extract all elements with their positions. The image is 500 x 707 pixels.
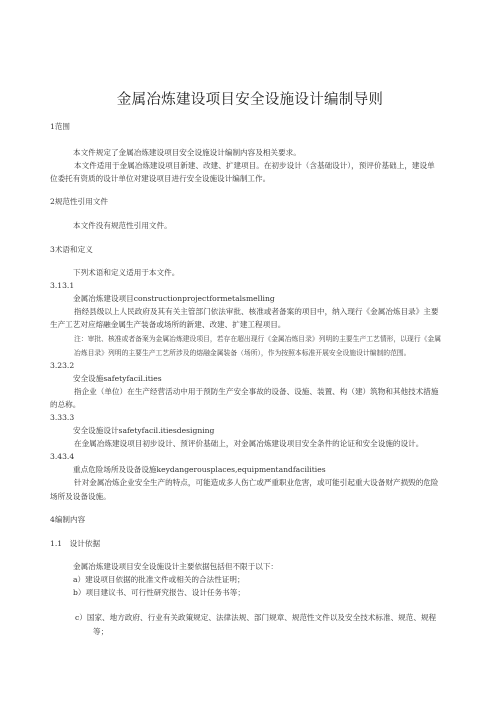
document-title: 金属冶炼建设项目安全设施设计编制导则 [0,88,500,109]
text-line-p1b: 本文件适用于金属冶炼建设项目新建、改建、扩建项目。在初步设计（含基础设计），预评… [74,161,435,171]
text-line-lb: b）项目建议书、可行性研究报告、设计任务书等； [73,588,245,598]
text-line-d31b: 生产工艺对应熔融金属生产装备或场所的新建、改建、扩建工程项目。 [50,320,285,330]
text-line-t33: 安全设施设计safetyfacil.itiesdesigning [73,426,214,436]
text-line-n33: 3.33.3 [50,413,74,423]
text-line-note1: 注：审批、核准或者备案为金属冶炼建设项目，若存在超出现行《金属冶炼目录》列明的主… [74,334,441,344]
text-line-t34: 重点危险场所及设备设施keydangerousplaces,equipmenta… [73,465,326,475]
text-line-n34: 3.43.4 [50,452,74,462]
text-line-la: a）建设项目依据的批准文件或相关的合法性证明； [73,575,245,585]
text-line-lc2: 等； [93,627,108,637]
text-line-d31a: 指经县级以上人民政府及其有关主管部门依法审批、核准或者备案的项目中，纳入现行《金… [74,307,439,317]
text-line-d33: 在金属冶炼建设项目初步设计、预评价基础上，对金属冶炼建设项目安全条件的论证和安全… [74,439,423,449]
text-line-p41: 金属冶炼建设项目安全设施设计主要依据包括但不限于以下： [73,562,278,572]
text-line-s1: 1范围 [50,122,70,132]
text-line-t31: 金属冶炼建设项目constructionprojectformetalsmell… [73,294,275,304]
text-line-lc1: c）国家、地方政府、行业有关政策规定、法律法规、部门规章、规范性文件以及安全技术… [75,613,436,623]
text-line-d32a: 指企业（单位）在生产经营活动中用于预防生产安全事故的设备、设施、装置、构（建）筑… [74,387,439,397]
text-line-s3: 3术语和定义 [50,245,93,255]
text-line-p2: 本文件没有规范性引用文件。 [73,221,172,231]
text-line-d34a: 针对金属冶炼企业安全生产的特点，可能造成多人伤亡或严重职业危害，或可能引起重大设… [74,478,439,488]
text-line-note2: 冶炼目录》列明的主要生产工艺所涉及的熔融金属装备（场所），作为按照本标准开展安全… [74,348,410,358]
text-line-p1a: 本文件规定了金属冶炼建设项目安全设施设计编制内容及相关要求。 [73,148,301,158]
text-line-s41: 1.1 设计依据 [50,539,100,549]
text-line-n32: 3.23.2 [50,361,74,371]
text-line-d32b: 的总称。 [50,400,80,410]
text-line-s4: 4编制内容 [50,515,85,525]
text-line-p1c: 位委托有资质的设计单位对建设项目进行安全设施设计编制工作。 [50,174,270,184]
text-line-d34b: 场所及设备设施。 [50,492,111,502]
text-line-t32: 安全设施safetyfacil.ities [73,374,162,384]
text-line-p3: 下列术语和定义适用于本文件。 [73,268,179,278]
text-line-n31: 3.13.1 [50,281,74,291]
text-line-s2: 2规范性引用文件 [50,197,108,207]
